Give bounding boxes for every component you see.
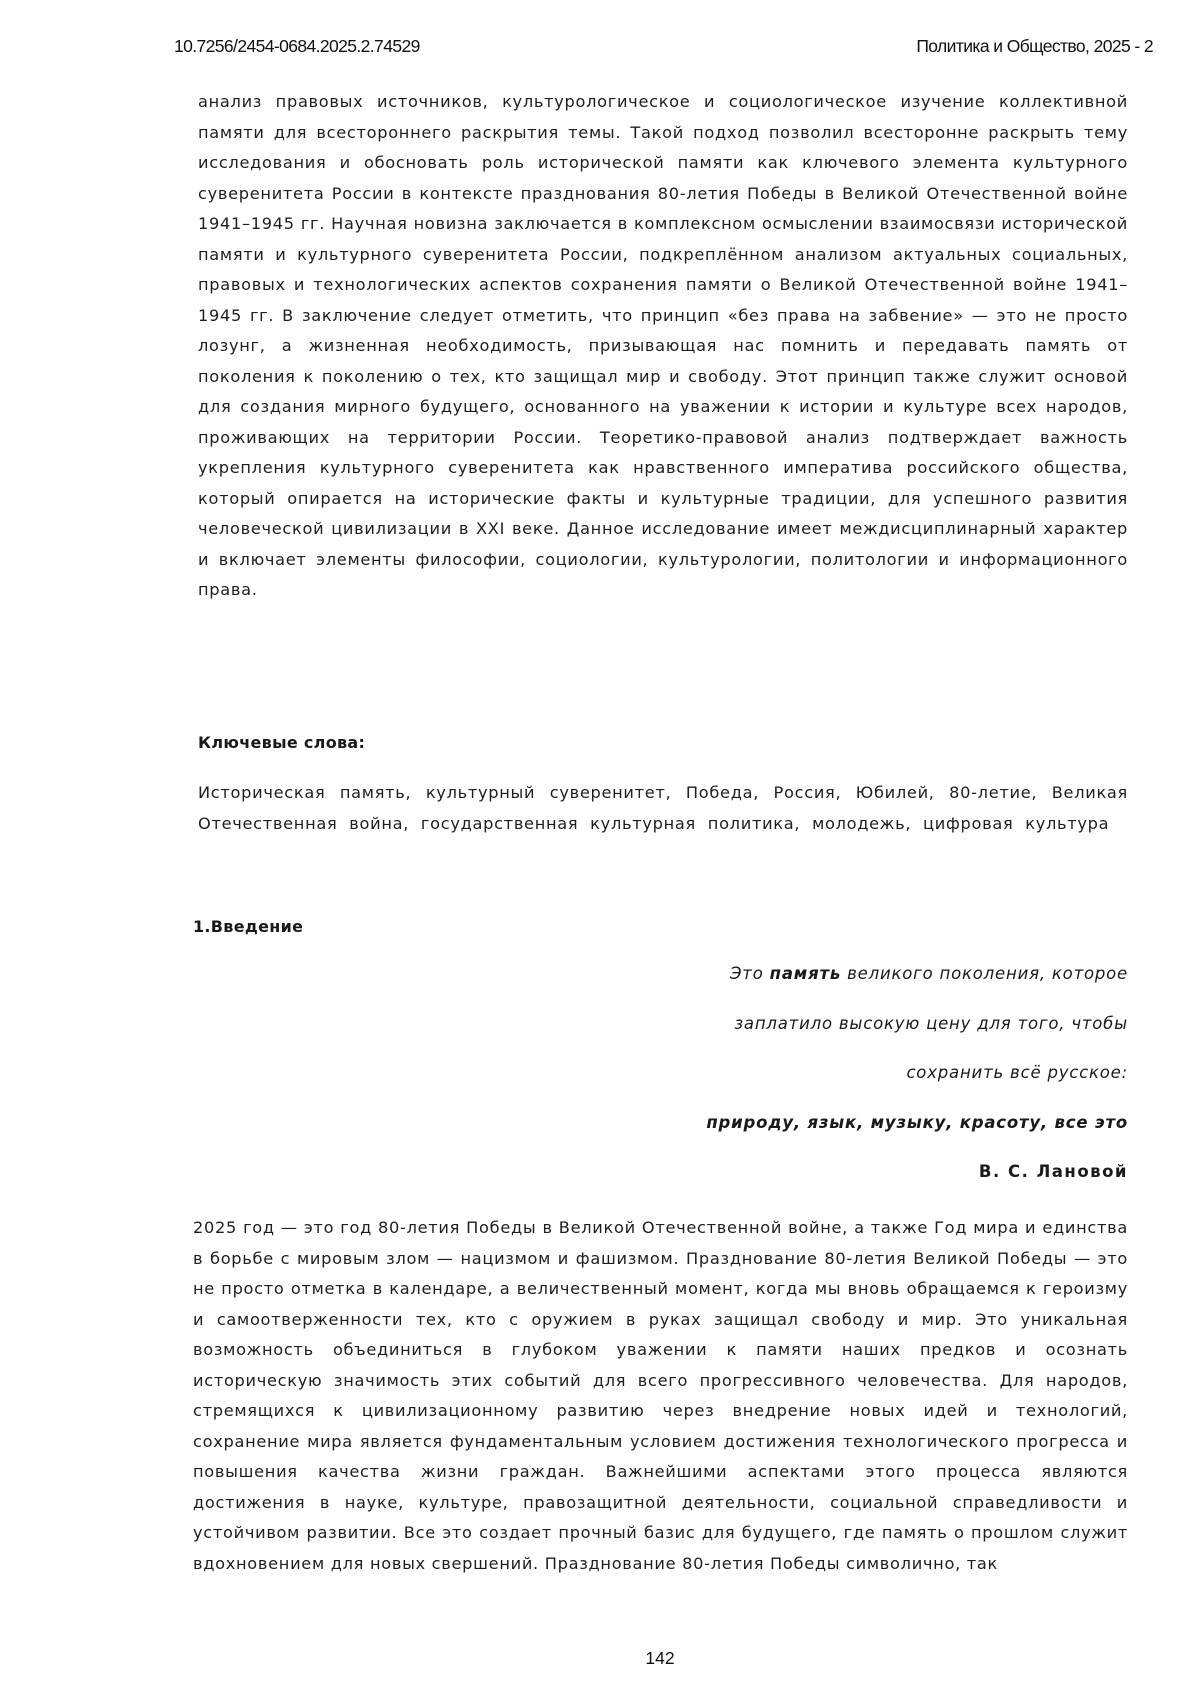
journal-header: Политика и Общество, 2025 - 2 <box>916 36 1153 57</box>
page-number: 142 <box>0 1648 1200 1669</box>
epigraph-emphasis: память <box>770 964 841 983</box>
epigraph-text: великого поколения, которое <box>841 964 1128 983</box>
keywords-heading: Ключевые слова: <box>198 733 365 752</box>
section-heading-introduction: 1.Введение <box>193 917 303 936</box>
doi-header: 10.7256/2454-0684.2025.2.74529 <box>174 36 420 57</box>
epigraph-line-4: природу, язык, музыку, красоту, все это <box>508 1111 1128 1161</box>
abstract-paragraph: анализ правовых источников, культурологи… <box>198 87 1128 606</box>
keywords-text: Историческая память, культурный суверени… <box>198 777 1128 839</box>
epigraph-line-1: Это память великого поколения, которое <box>508 962 1128 1012</box>
epigraph-line-3: сохранить всё русское: <box>508 1061 1128 1111</box>
epigraph-author: В. С. Лановой <box>508 1160 1128 1210</box>
epigraph-text: Это <box>730 964 770 983</box>
epigraph-line-2: заплатило высокую цену для того, чтобы <box>508 1012 1128 1062</box>
introduction-paragraph: 2025 год — это год 80-летия Победы в Вел… <box>193 1213 1128 1579</box>
epigraph: Это память великого поколения, которое з… <box>508 962 1128 1210</box>
